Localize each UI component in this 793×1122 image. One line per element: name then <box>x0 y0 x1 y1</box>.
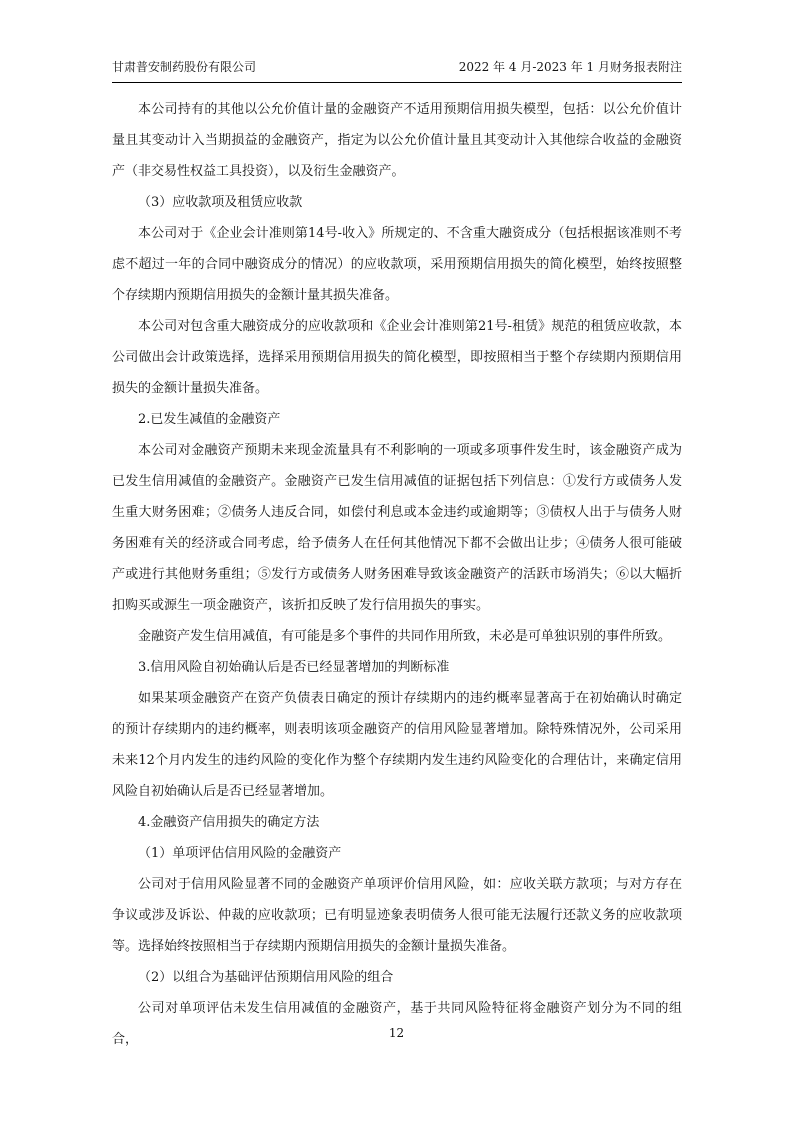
section-heading: 4.金融资产信用损失的确定方法 <box>112 807 682 838</box>
body-paragraph: 本公司对于《企业会计准则第14号-收入》所规定的、不含重大融资成分（包括根据该准… <box>112 218 682 311</box>
header-report-title: 2022 年 4 月-2023 年 1 月财务报表附注 <box>459 58 682 76</box>
body-paragraph: 公司对于信用风险显著不同的金融资产单项评价信用风险，如：应收关联方款项；与对方存… <box>112 869 682 962</box>
body-paragraph: 如果某项金融资产在资产负债表日确定的预计存续期内的违约概率显著高于在初始确认时确… <box>112 683 682 807</box>
body-paragraph: 本公司持有的其他以公允价值计量的金融资产不适用预期信用损失模型，包括：以公允价值… <box>112 94 682 187</box>
header-company-name: 甘肃普安制药股份有限公司 <box>112 58 256 76</box>
body-paragraph: 本公司对金融资产预期未来现金流量具有不利影响的一项或多项事件发生时，该金融资产成… <box>112 435 682 621</box>
section-heading: （2）以组合为基础评估预期信用风险的组合 <box>112 962 682 993</box>
section-heading: 3.信用风险自初始确认后是否已经显著增加的判断标准 <box>112 652 682 683</box>
section-heading: （1）单项评估信用风险的金融资产 <box>112 838 682 869</box>
section-heading: 2.已发生减值的金融资产 <box>112 404 682 435</box>
body-paragraph: 本公司对包含重大融资成分的应收款项和《企业会计准则第21号-租赁》规范的租赁应收… <box>112 311 682 404</box>
page-number: 12 <box>389 1026 404 1040</box>
document-page: 甘肃普安制药股份有限公司 2022 年 4 月-2023 年 1 月财务报表附注… <box>0 0 793 1122</box>
section-heading: （3）应收款项及租赁应收款 <box>112 187 682 218</box>
page-footer: 12 <box>0 1024 793 1042</box>
page-header: 甘肃普安制药股份有限公司 2022 年 4 月-2023 年 1 月财务报表附注 <box>112 58 682 83</box>
document-body: 本公司持有的其他以公允价值计量的金融资产不适用预期信用损失模型，包括：以公允价值… <box>112 94 682 1055</box>
body-paragraph: 金融资产发生信用减值，有可能是多个事件的共同作用所致，未必是可单独识别的事件所致… <box>112 621 682 652</box>
